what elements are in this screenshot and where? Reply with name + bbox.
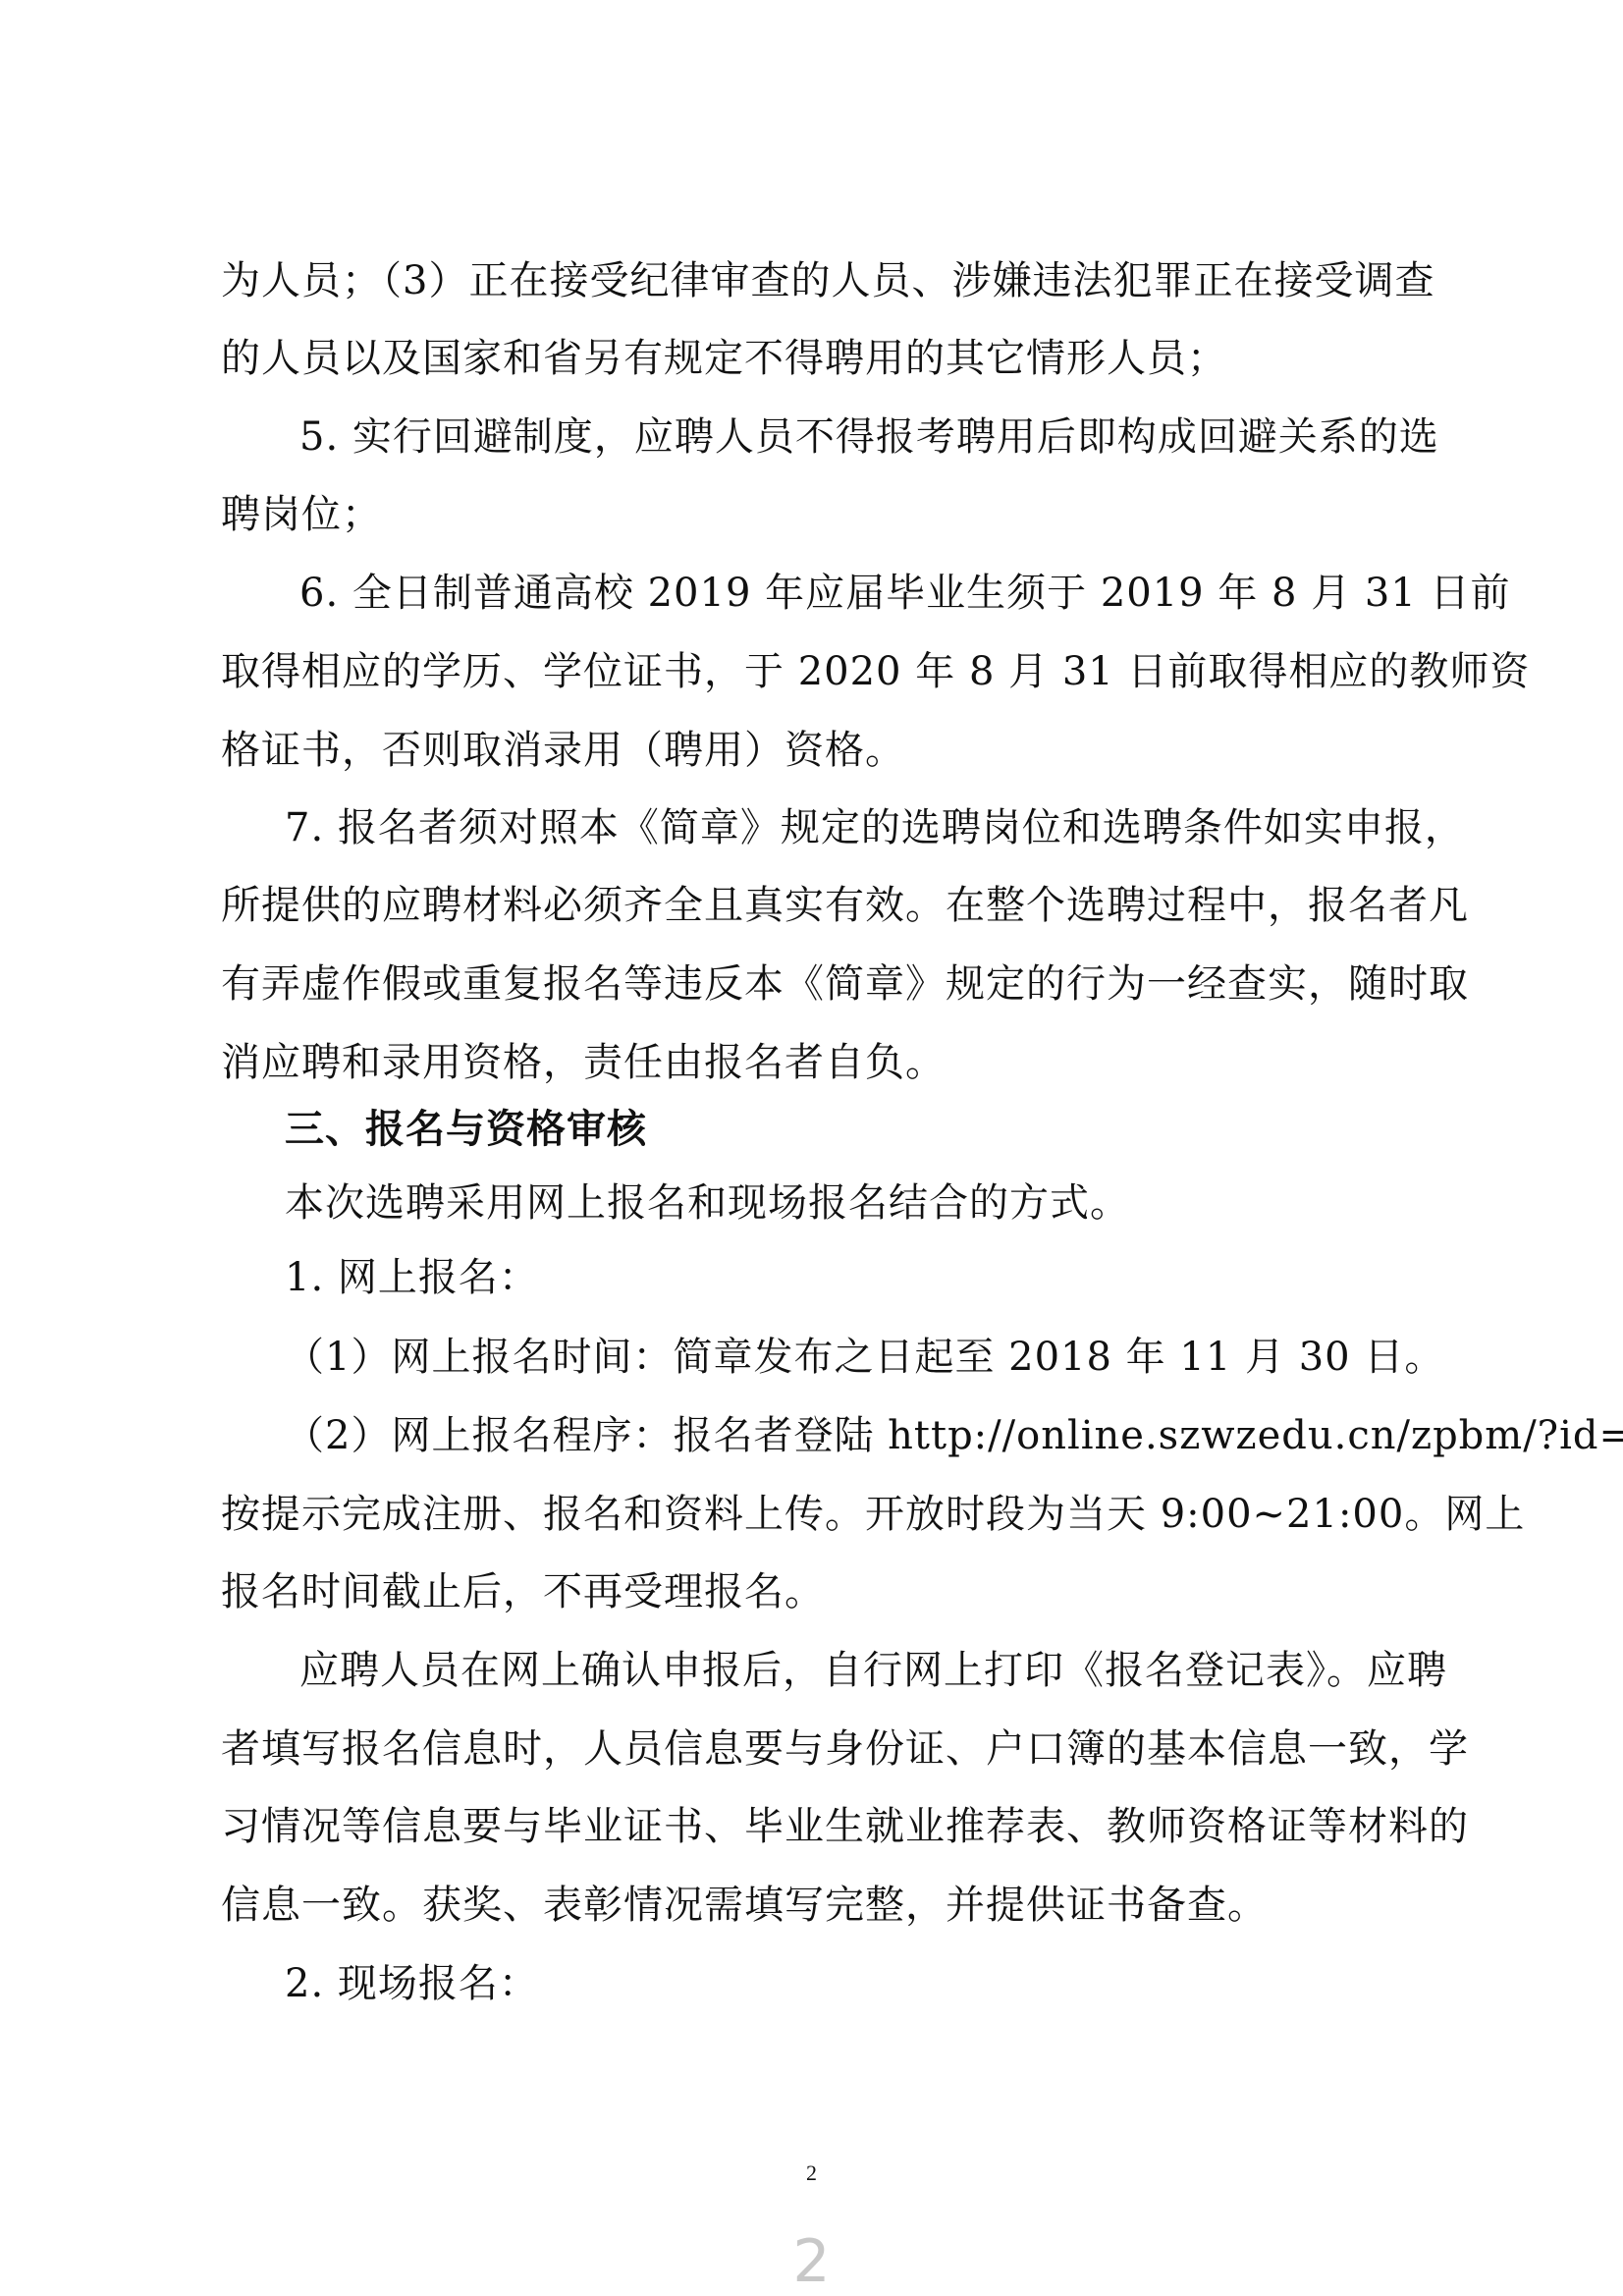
paragraph-line: 的人员以及国家和省另有规定不得聘用的其它情形人员； [221, 335, 1411, 382]
page-number-watermark: 2 [0, 2227, 1623, 2296]
paragraph-line: 为人员；（3）正在接受纪律审查的人员、涉嫌违法犯罪正在接受调查 [221, 257, 1411, 304]
item-7-line: 所提供的应聘材料必须齐全且真实有效。在整个选聘过程中，报名者凡 [221, 882, 1411, 929]
subsection-heading-onsite: 2. 现场报名： [285, 1960, 1411, 2007]
paragraph-line: 者填写报名信息时，人员信息要与身份证、户口簿的基本信息一致，学 [221, 1725, 1411, 1773]
document-page: 为人员；（3）正在接受纪律审查的人员、涉嫌违法犯罪正在接受调查 的人员以及国家和… [0, 0, 1623, 2296]
paragraph-line: 报名时间截止后，不再受理报名。 [221, 1568, 1411, 1615]
item-7-line: 有弄虚作假或重复报名等违反本《简章》规定的行为一经查实，随时取 [221, 960, 1411, 1008]
page-number: 2 [0, 2160, 1623, 2186]
paragraph-line: 按提示完成注册、报名和资料上传。开放时段为当天 9:00~21:00。网上 [221, 1491, 1411, 1538]
section-heading: 三、报名与资格审核 [285, 1106, 1411, 1153]
subsection-heading-online: 1. 网上报名： [285, 1254, 1411, 1301]
item-7-line: 消应聘和录用资格，责任由报名者自负。 [221, 1039, 1411, 1086]
item-5-line: 聘岗位； [221, 491, 1411, 538]
item-7-line: 7. 报名者须对照本《简章》规定的选聘岗位和选聘条件如实申报， [285, 804, 1411, 851]
paragraph-line: 信息一致。获奖、表彰情况需填写完整，并提供证书备查。 [221, 1882, 1411, 1929]
paragraph-line: 本次选聘采用网上报名和现场报名结合的方式。 [285, 1179, 1411, 1227]
item-6-line: 6. 全日制普通高校 2019 年应届毕业生须于 2019 年 8 月 31 日… [299, 570, 1411, 617]
item-5-line: 5. 实行回避制度，应聘人员不得报考聘用后即构成回避关系的选 [299, 413, 1411, 461]
registration-procedure-line: （2）网上报名程序：报名者登陆 http://online.szwzedu.cn… [285, 1412, 1411, 1459]
item-6-line: 取得相应的学历、学位证书，于 2020 年 8 月 31 日前取得相应的教师资 [221, 648, 1411, 695]
registration-time-line: （1）网上报名时间：简章发布之日起至 2018 年 11 月 30 日。 [285, 1334, 1411, 1381]
paragraph-line: 应聘人员在网上确认申报后，自行网上打印《报名登记表》。应聘 [299, 1647, 1411, 1694]
item-6-line: 格证书，否则取消录用（聘用）资格。 [221, 727, 1411, 774]
paragraph-line: 习情况等信息要与毕业证书、毕业生就业推荐表、教师资格证等材料的 [221, 1803, 1411, 1850]
